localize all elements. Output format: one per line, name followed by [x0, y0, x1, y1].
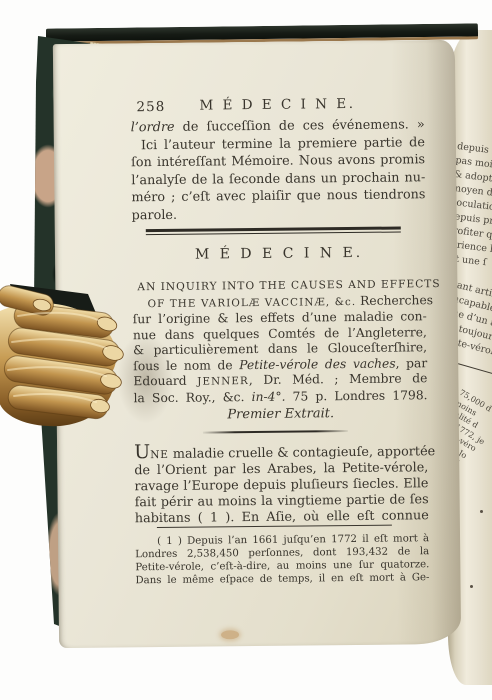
text-segment: Petite-vérole des vaches [239, 356, 395, 372]
text-segment: JENNER [197, 375, 249, 388]
closing-paragraphs: l’ordre de ſucceſſion de ces événemens. … [131, 116, 426, 224]
section-divider-rule [146, 226, 401, 235]
text-segment: de ſucceſſion de ces événemens. » [175, 117, 425, 135]
text-segment: l’ordre [131, 120, 175, 135]
section-heading: M É D E C I N E. [132, 244, 426, 263]
entry-citation: AN INQUIRY INTO THE CAUSES AND EFFECTS O… [132, 277, 427, 406]
extract-label: Premier Extrait. [134, 405, 428, 423]
wormhole-dot [480, 510, 483, 513]
text-segment: OF THE VARIOLÆ VACCINÆ, &c. [148, 295, 357, 309]
text-segment: Edouard [133, 374, 197, 389]
wormhole-dot [470, 585, 473, 588]
text-line: parole. [132, 204, 426, 225]
text-segment: la Soc. Roy., &c. [133, 390, 251, 405]
page-number: 258 [136, 99, 165, 115]
text-segment: , Dr. Méd. ; Membre de [249, 371, 428, 387]
text-segment: maladie cruelle & contagieuſe, apportée [169, 444, 436, 462]
page-text: 258 M É D E C I N E. l’ordre de ſucceſſi… [130, 95, 429, 598]
page-stain [221, 630, 239, 639]
text-segment: Recherches [356, 293, 433, 308]
initial-capital: U [134, 441, 150, 463]
running-title: M É D E C I N E. [130, 95, 424, 114]
text-line: la Soc. Roy., &c. in-4°. 75 p. Londres 1… [133, 388, 427, 407]
brass-hand-page-holder [0, 272, 138, 437]
text-segment: in-4°. [252, 389, 286, 403]
extract-rule [203, 430, 348, 434]
body-paragraph: UNE maladie cruelle & contagieuſe, appor… [134, 442, 429, 527]
text-segment: NE [150, 449, 169, 461]
text-line: méro ; c’eſt avec plaiſir que nous tiend… [131, 186, 425, 207]
text-line: Dans le même eſpace de temps, il en eſt … [135, 571, 429, 587]
text-segment: 75 p. Londres 1798. [285, 388, 427, 403]
footnote: ( 1 ) Depuis l’an 1661 juſqu’en 1772 il … [135, 532, 430, 587]
text-segment: ſous le nom de [133, 358, 239, 373]
page-header: 258 M É D E C I N E. [130, 95, 424, 116]
text-segment: , par [396, 356, 428, 370]
right-page-footnote-rule [455, 362, 492, 375]
